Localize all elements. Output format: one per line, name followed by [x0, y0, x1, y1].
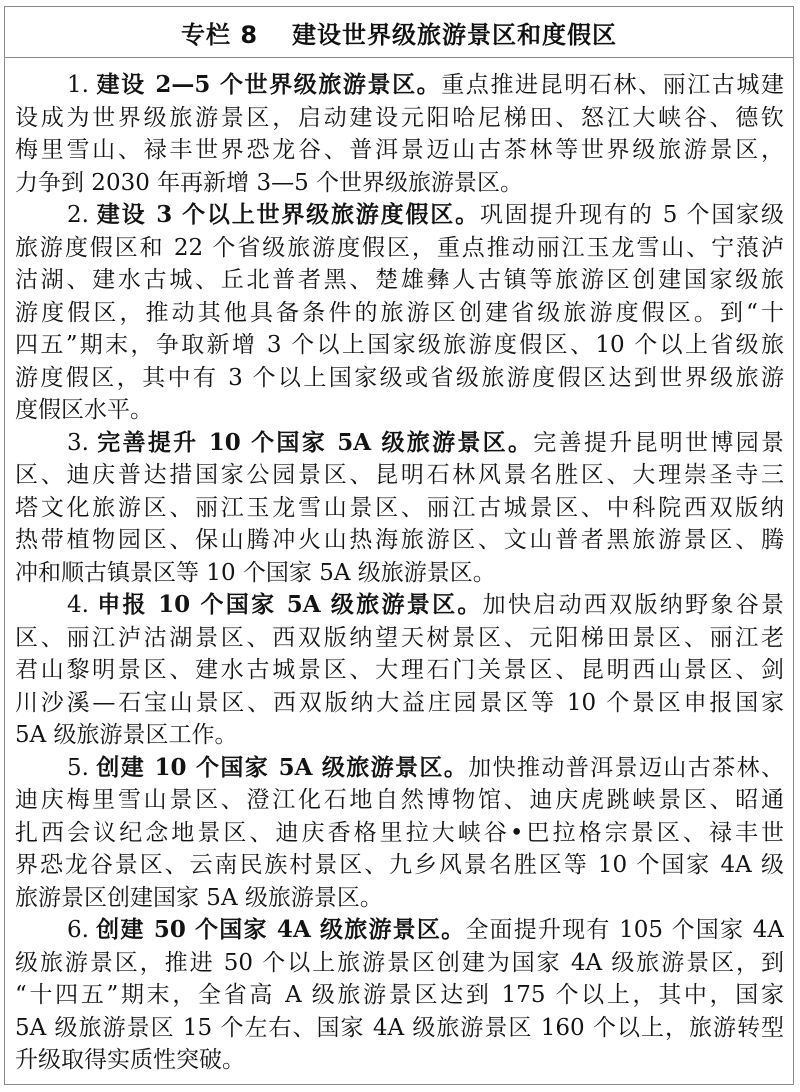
item-heading: 申报 10 个国家 5A 级旅游景区。 — [95, 591, 483, 618]
item-number: 5. — [67, 755, 89, 781]
paragraph-line: 君山黎明景区、建水古城景区、大理石门关景区、昆明西山景区、剑 — [15, 654, 784, 687]
column-title: 建设世界级旅游景区和度假区 — [292, 15, 617, 50]
paragraph-first-line: 1.建设 2—5 个世界级旅游景区。重点推进昆明石林、丽江古城建 — [15, 69, 784, 102]
item-text: 加快推动普洱景迈山古茶林、 — [468, 755, 784, 781]
list-item-6: 6.创建 50 个国家 4A 级旅游景区。全面提升现有 105 个国家 4A 级… — [15, 914, 784, 1077]
paragraph-line: 5A 级旅游景区工作。 — [15, 719, 784, 752]
item-heading: 创建 50 个国家 4A 级旅游景区。 — [95, 916, 465, 943]
paragraph-line: “十四五”期末，全省高 A 级旅游景区达到 175 个以上，其中，国家 — [15, 979, 784, 1012]
column-header: 专栏 8 建设世界级旅游景区和度假区 — [5, 7, 793, 58]
paragraph-line: 级旅游景区，推进 50 个以上旅游景区创建为国家 4A 级旅游景区，到 — [15, 947, 784, 980]
paragraph-line: 游度假区，推动其他具备条件的旅游区创建省级旅游度假区。到“十 — [15, 297, 784, 330]
paragraph-line: 旅游景区创建国家 5A 级旅游景区。 — [15, 882, 784, 915]
paragraph-first-line: 5.创建 10 个国家 5A 级旅游景区。加快推动普洱景迈山古茶林、 — [15, 752, 784, 785]
paragraph-line: 5A 级旅游景区 15 个左右、国家 4A 级旅游景区 160 个以上，旅游转型 — [15, 1012, 784, 1045]
column-label: 专栏 8 — [181, 15, 258, 50]
list-item-3: 3.完善提升 10 个国家 5A 级旅游景区。完善提升昆明世博园景 区、迪庆普达… — [15, 427, 784, 590]
item-text: 巩固提升现有的 5 个国家级 — [480, 202, 784, 228]
list-item-5: 5.创建 10 个国家 5A 级旅游景区。加快推动普洱景迈山古茶林、 迪庆梅里雪… — [15, 752, 784, 915]
paragraph-line: 区、丽江泸沽湖景区、西双版纳望天树景区、元阳梯田景区、丽江老 — [15, 622, 784, 655]
item-text: 加快启动西双版纳野象谷景 — [483, 592, 784, 618]
item-number: 2. — [67, 202, 89, 228]
list-item-1: 1.建设 2—5 个世界级旅游景区。重点推进昆明石林、丽江古城建 设成为世界级旅… — [15, 69, 784, 199]
paragraph-line: 游度假区，其中有 3 个以上国家级或省级旅游度假区达到世界级旅游 — [15, 362, 784, 395]
item-heading: 完善提升 10 个国家 5A 级旅游景区。 — [95, 429, 533, 456]
paragraph-line: 迪庆梅里雪山景区、澄江化石地自然博物馆、迪庆虎跳峡景区、昭通 — [15, 784, 784, 817]
paragraph-line: 梅里雪山、禄丰世界恐龙谷、普洱景迈山古茶林等世界级旅游景区， — [15, 134, 784, 167]
paragraph-line: 设成为世界级旅游景区，启动建设元阳哈尼梯田、怒江大峡谷、德钦 — [15, 102, 784, 135]
list-item-2: 2.建设 3 个以上世界级旅游度假区。巩固提升现有的 5 个国家级 旅游度假区和… — [15, 199, 784, 427]
item-text: 重点推进昆明石林、丽江古城建 — [441, 72, 784, 98]
column-box: 专栏 8 建设世界级旅游景区和度假区 1.建设 2—5 个世界级旅游景区。重点推… — [4, 6, 794, 1085]
paragraph-line: 区、迪庆普达措国家公园景区、昆明石林风景名胜区、大理崇圣寺三 — [15, 459, 784, 492]
paragraph-line: 沽湖、建水古城、丘北普者黑、楚雄彝人古镇等旅游区创建国家级旅 — [15, 264, 784, 297]
paragraph-first-line: 2.建设 3 个以上世界级旅游度假区。巩固提升现有的 5 个国家级 — [15, 199, 784, 232]
paragraph-line: 冲和顺古镇景区等 10 个国家 5A 级旅游景区。 — [15, 557, 784, 590]
item-number: 3. — [67, 430, 89, 456]
paragraph-line: 塔文化旅游区、丽江玉龙雪山景区、丽江古城景区、中科院西双版纳 — [15, 492, 784, 525]
item-text: 全面提升现有 105 个国家 4A — [465, 917, 784, 943]
paragraph-line: 升级取得实质性突破。 — [15, 1044, 784, 1077]
paragraph-first-line: 3.完善提升 10 个国家 5A 级旅游景区。完善提升昆明世博园景 — [15, 427, 784, 460]
item-number: 4. — [67, 592, 89, 618]
paragraph-line: 度假区水平。 — [15, 394, 784, 427]
item-text: 完善提升昆明世博园景 — [533, 430, 784, 456]
paragraph-line: 川沙溪—石宝山景区、西双版纳大益庄园景区等 10 个景区申报国家 — [15, 687, 784, 720]
item-heading: 创建 10 个国家 5A 级旅游景区。 — [95, 754, 468, 781]
item-number: 1. — [67, 72, 89, 98]
paragraph-first-line: 6.创建 50 个国家 4A 级旅游景区。全面提升现有 105 个国家 4A — [15, 914, 784, 947]
paragraph-line: 四五”期末，争取新增 3 个以上国家级旅游度假区、10 个以上省级旅 — [15, 329, 784, 362]
paragraph-first-line: 4.申报 10 个国家 5A 级旅游景区。加快启动西双版纳野象谷景 — [15, 589, 784, 622]
paragraph-line: 界恐龙谷景区、云南民族村景区、九乡风景名胜区等 10 个国家 4A 级 — [15, 849, 784, 882]
paragraph-line: 热带植物园区、保山腾冲火山热海旅游区、文山普者黑旅游景区、腾 — [15, 524, 784, 557]
list-item-4: 4.申报 10 个国家 5A 级旅游景区。加快启动西双版纳野象谷景 区、丽江泸沽… — [15, 589, 784, 752]
paragraph-line: 扎西会议纪念地景区、迪庆香格里拉大峡谷•巴拉格宗景区、禄丰世 — [15, 817, 784, 850]
item-heading: 建设 2—5 个世界级旅游景区。 — [95, 71, 441, 98]
column-body: 1.建设 2—5 个世界级旅游景区。重点推进昆明石林、丽江古城建 设成为世界级旅… — [5, 58, 793, 1077]
item-number: 6. — [67, 917, 89, 943]
item-heading: 建设 3 个以上世界级旅游度假区。 — [95, 201, 480, 228]
paragraph-line: 力争到 2030 年再新增 3—5 个世界级旅游景区。 — [15, 167, 784, 200]
paragraph-line: 旅游度假区和 22 个省级旅游度假区，重点推动丽江玉龙雪山、宁蒗泸 — [15, 232, 784, 265]
